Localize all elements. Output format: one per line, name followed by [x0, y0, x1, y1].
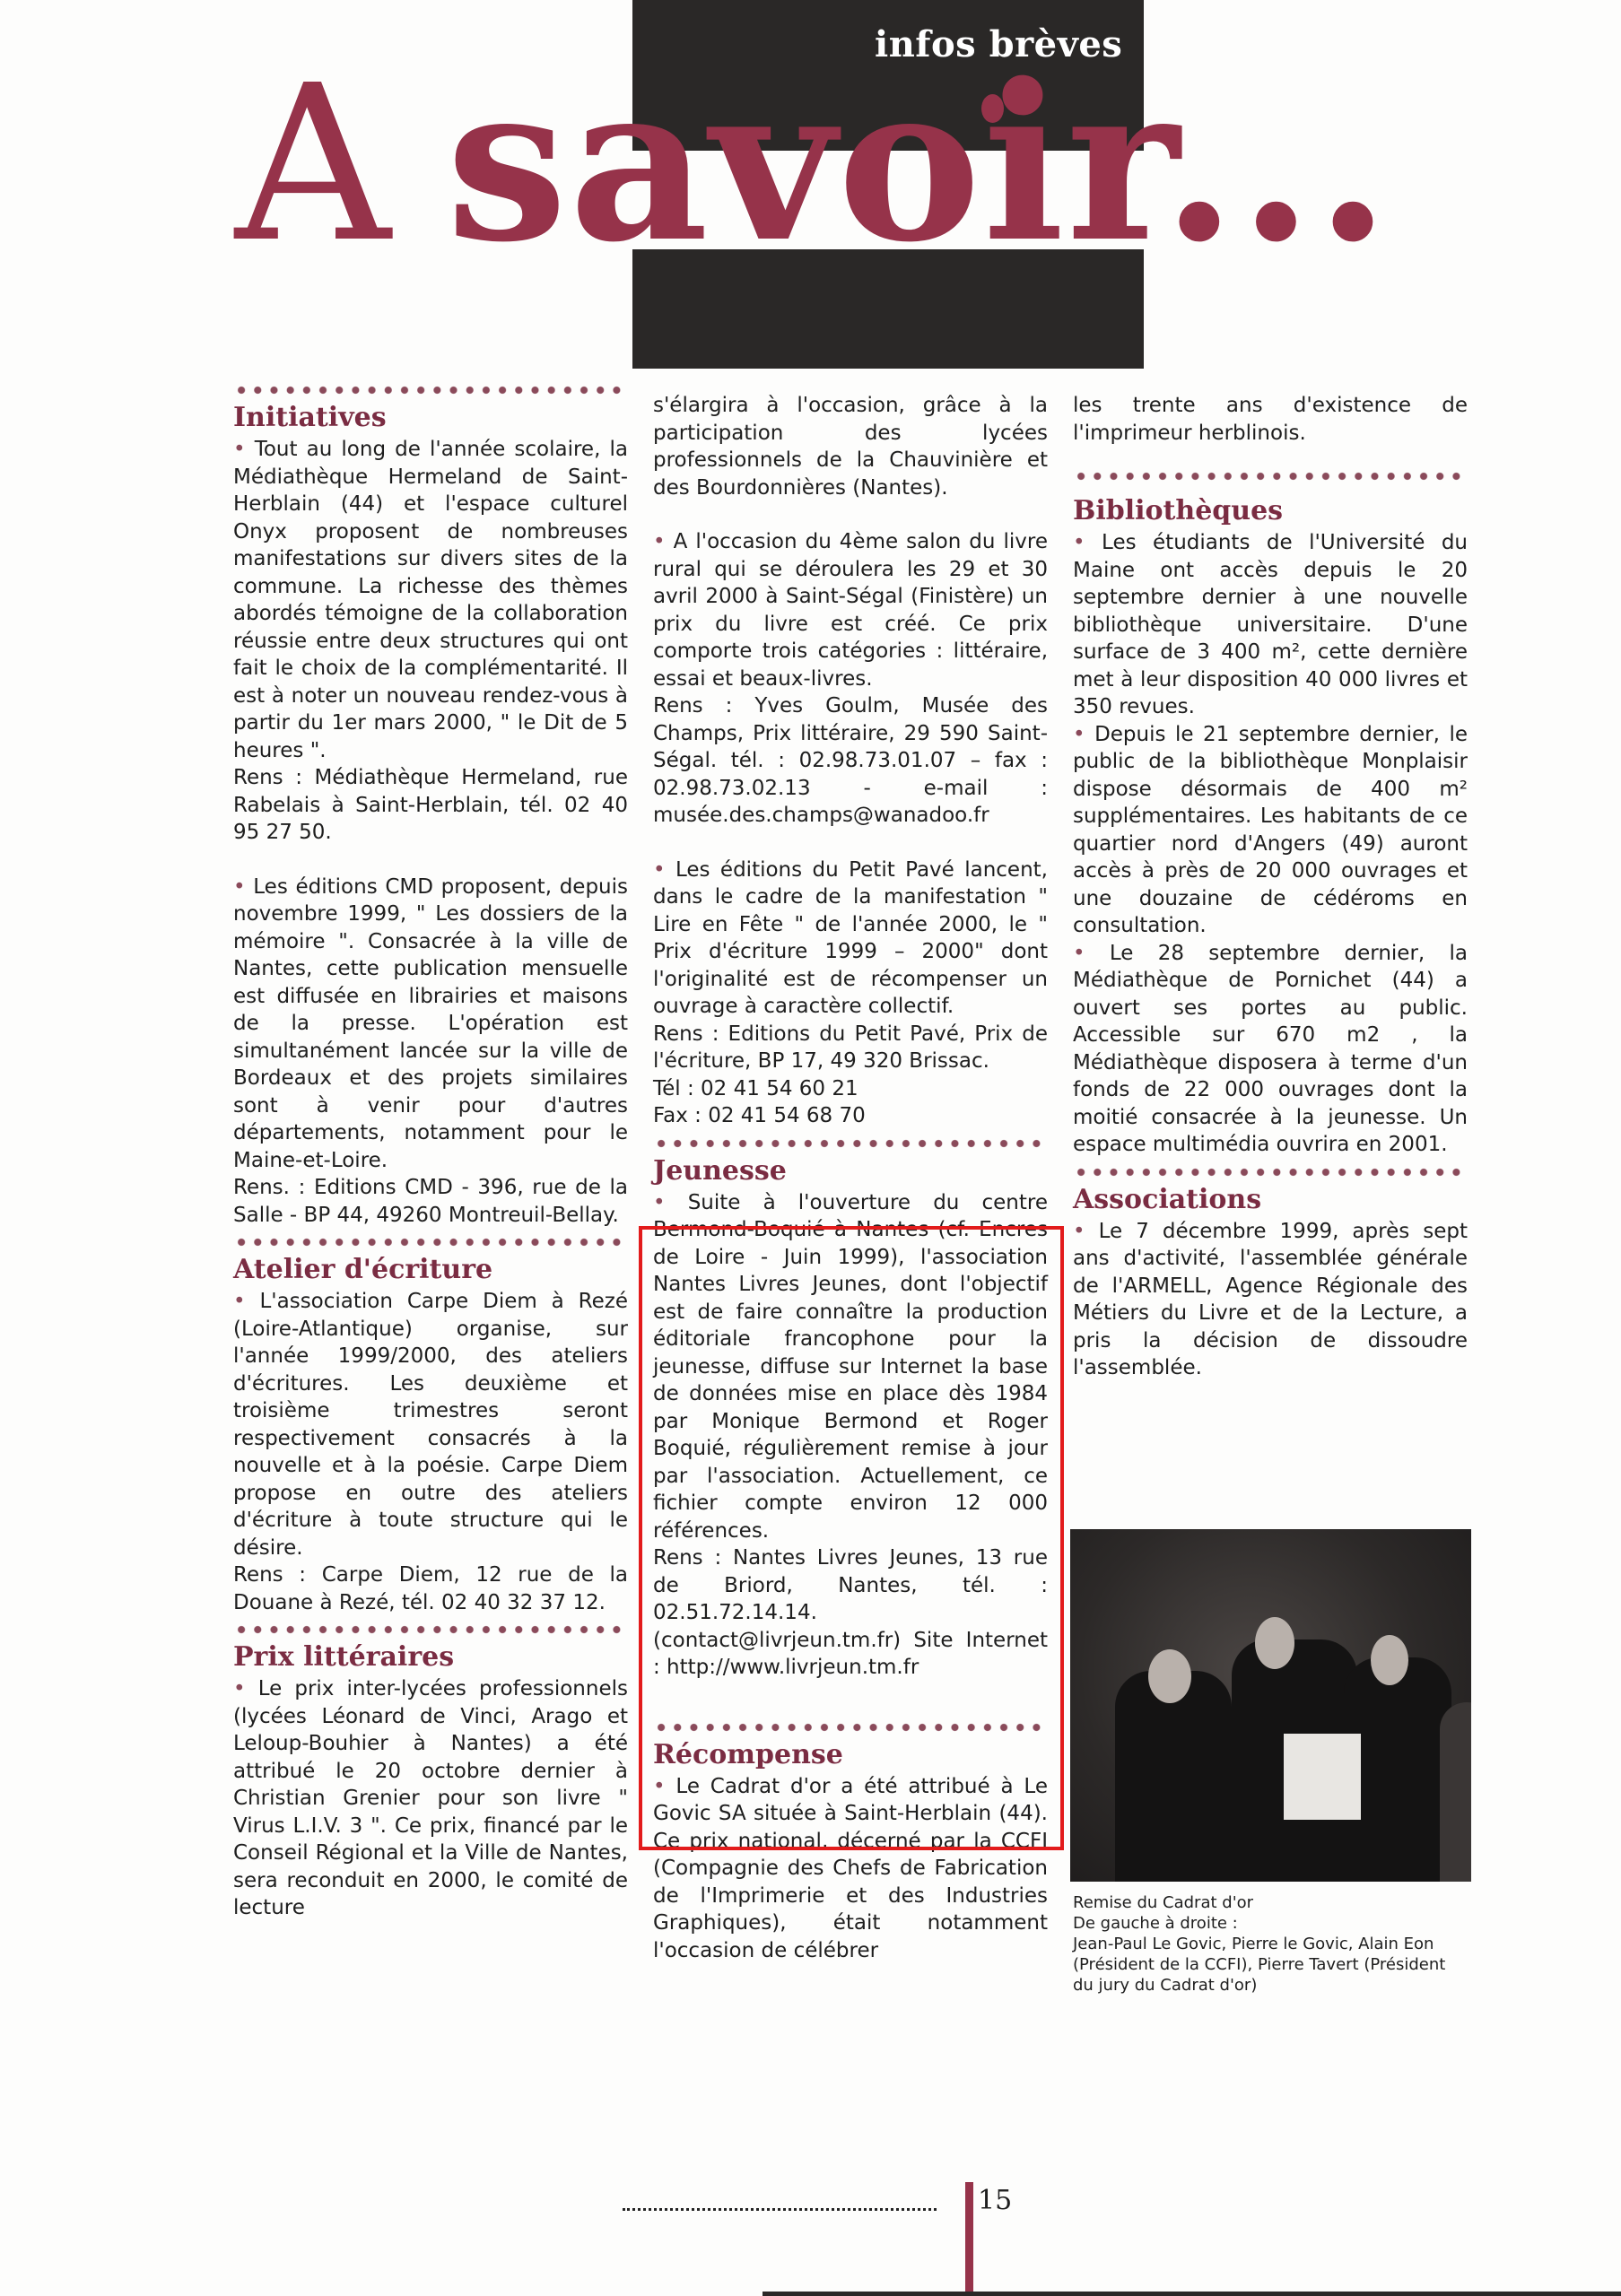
- article-contact: Rens. : Editions CMD - 396, rue de la Sa…: [233, 1174, 628, 1229]
- article-text: L'association Carpe Diem à Rezé (Loire-A…: [233, 1288, 628, 1561]
- photo-head-2: [1255, 1617, 1294, 1669]
- spacer: [1073, 447, 1468, 463]
- column-3: les trente ans d'existence de l'imprimeu…: [1073, 392, 1468, 1382]
- heading-jeunesse: Jeunesse: [653, 1155, 1048, 1187]
- dotted-divider: [233, 1623, 626, 1636]
- page-title: Asavoir...: [235, 56, 1392, 272]
- dotted-divider: [653, 1137, 1046, 1150]
- award-photo: [1070, 1529, 1471, 1882]
- article-fax: Fax : 02 41 54 68 70: [653, 1102, 1048, 1130]
- heading-bibliotheques: Bibliothèques: [1073, 495, 1468, 527]
- article-text: Tout au long de l'année scolaire, la Méd…: [233, 436, 628, 764]
- article-text: Le 28 septembre dernier, la Médiathèque …: [1073, 940, 1468, 1159]
- article-contact: Rens : Editions du Petit Pavé, Prix de l…: [653, 1021, 1048, 1075]
- highlight-box-jeunesse: [639, 1226, 1064, 1850]
- spacer: [653, 830, 1048, 857]
- article-text: A l'occasion du 4ème salon du livre rura…: [653, 528, 1048, 692]
- spacer: [233, 847, 628, 874]
- spacer: [1073, 488, 1468, 495]
- dotted-divider: [1073, 1166, 1466, 1178]
- article-text-continued: s'élargira à l'occasion, grâce à la part…: [653, 392, 1048, 501]
- article-contact: Rens : Médiathèque Hermeland, rue Rabela…: [233, 764, 628, 847]
- heading-atelier: Atelier d'écriture: [233, 1254, 628, 1286]
- article-contact: Rens : Carpe Diem, 12 rue de la Douane à…: [233, 1561, 628, 1616]
- caption-title: Remise du Cadrat d'or: [1073, 1892, 1468, 1913]
- photo-person-4: [1440, 1702, 1471, 1882]
- caption-names: Jean-Paul Le Govic, Pierre le Govic, Ala…: [1073, 1934, 1468, 1996]
- trophy-award: [1284, 1734, 1361, 1820]
- article-text: Les étudiants de l'Université du Maine o…: [1073, 529, 1468, 721]
- article-text: Les éditions CMD proposent, depuis novem…: [233, 874, 628, 1175]
- footer-dotted-rule: [623, 2208, 937, 2211]
- caption-subtitle: De gauche à droite :: [1073, 1913, 1468, 1934]
- column-1: Initiatives Tout au long de l'année scol…: [233, 377, 628, 1922]
- dotted-divider: [233, 384, 626, 396]
- heading-associations: Associations: [1073, 1184, 1468, 1216]
- spacer: [653, 501, 1048, 528]
- page-title-a: A: [235, 39, 392, 290]
- footer-black-strip: [763, 2292, 1621, 2296]
- heading-prix: Prix littéraires: [233, 1641, 628, 1674]
- article-text: Le prix inter-lycées professionnels (lyc…: [233, 1675, 628, 1922]
- photo-caption: Remise du Cadrat d'or De gauche à droite…: [1073, 1892, 1468, 1996]
- photo-head-1: [1148, 1649, 1191, 1703]
- page-number: 15: [978, 2185, 1012, 2216]
- article-text: Le 7 décembre 1999, après sept ans d'act…: [1073, 1218, 1468, 1382]
- article-phone: Tél : 02 41 54 60 21: [653, 1075, 1048, 1103]
- heading-initiatives: Initiatives: [233, 402, 628, 434]
- dotted-divider: [1073, 470, 1466, 483]
- article-contact: Rens : Yves Goulm, Musée des Champs, Pri…: [653, 692, 1048, 830]
- photo-head-3: [1371, 1635, 1408, 1685]
- footer-accent-bar: [965, 2182, 973, 2296]
- article-text: Depuis le 21 septembre dernier, le publi…: [1073, 721, 1468, 940]
- dotted-divider: [233, 1236, 626, 1248]
- article-text: Les éditions du Petit Pavé lancent, dans…: [653, 857, 1048, 1021]
- article-text-continued: les trente ans d'existence de l'imprimeu…: [1073, 392, 1468, 447]
- page-title-rest: savoir...: [446, 37, 1391, 290]
